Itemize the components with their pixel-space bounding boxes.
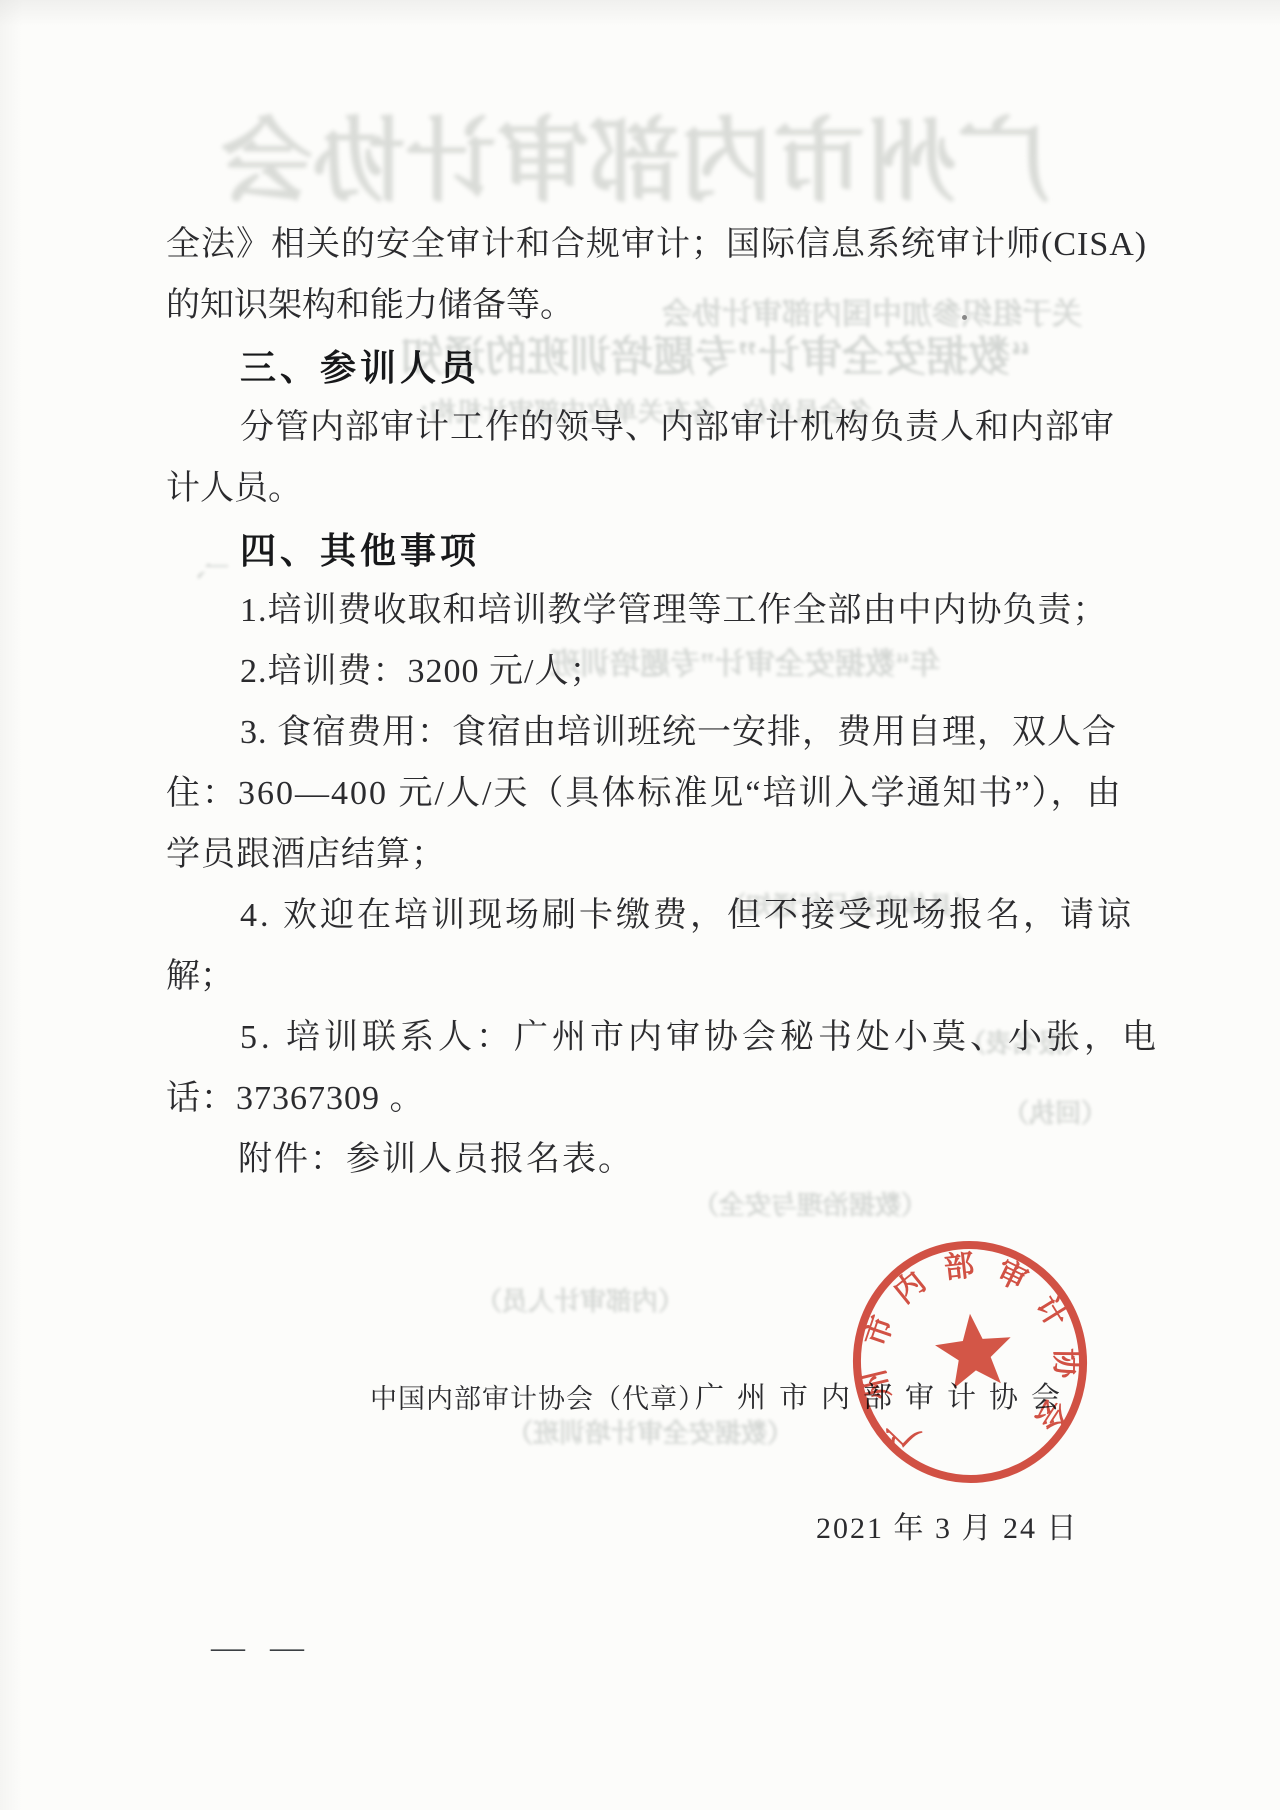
bleed-through-title: 广州市内部审计协会	[160, 116, 1110, 208]
section-heading-4: 四、其他事项	[240, 532, 480, 570]
signature-org-right: 广州市内部审计协会	[695, 1383, 1073, 1413]
body-line: 住：360—400 元/人/天（具体标准见“培训入学通知书”），由	[166, 776, 1123, 812]
body-line: 分管内部审计工作的领导、内部审计机构负责人和内部审	[240, 410, 1115, 446]
body-line: 全法》相关的安全审计和合规审计；国际信息系统审计师(CISA)	[166, 227, 1147, 263]
footer-dash-right: —	[270, 1631, 304, 1665]
bleed-through-line: （数据治理与安全）	[600, 1192, 1020, 1218]
section-heading-3: 三、参训人员	[240, 349, 480, 387]
bleed-through-line: （数据安全审计培训班）	[330, 1420, 970, 1446]
bleed-through-line: （回执）	[1000, 1100, 1110, 1126]
body-line: 4. 欢迎在培训现场刷卡缴费，但不接受现场报名，请谅	[240, 898, 1134, 934]
star-icon	[932, 1310, 1015, 1390]
bleed-through-line: （内部审计人员）	[350, 1288, 810, 1314]
document-date: 2021 年 3 月 24 日	[816, 1503, 1079, 1547]
body-line: 的知识架构和能力储备等。	[166, 288, 574, 324]
seal-ring-text: 广州市内部审计协会	[846, 1239, 1091, 1457]
body-line: 3. 食宿费用：食宿由培训班统一安排，费用自理，双人合	[240, 715, 1117, 751]
scan-speck	[962, 315, 967, 320]
seal-ring	[845, 1234, 1094, 1490]
body-line: 1.培训费收取和培训教学管理等工作全部由中内协负责；	[240, 593, 1108, 629]
body-line: 5. 培训联系人：广州市内审协会秘书处小莫、小张，电	[240, 1020, 1160, 1056]
footer-dash-left: —	[211, 1631, 245, 1665]
scanned-document-page: 广州市内部审计协会 关于组织参加中国内部审计协会 “数据安全审计”专题培训班的通…	[0, 0, 1280, 1810]
bleed-through-line: 关于组织参加中国内部审计协会	[638, 300, 1106, 330]
body-line: 话：37367309 。	[166, 1081, 425, 1117]
body-line: 学员跟酒店结算；	[166, 837, 446, 873]
body-line: 计人员。	[166, 471, 302, 507]
body-line: 解；	[166, 959, 234, 995]
official-seal-stamp: 广州市内部审计协会	[838, 1228, 1102, 1496]
body-line: 2.培训费：3200 元/人；	[240, 654, 604, 690]
attachment-line: 附件：参训人员报名表。	[238, 1142, 634, 1178]
signature-org-left: 中国内部审计协会（代章）	[370, 1385, 706, 1413]
